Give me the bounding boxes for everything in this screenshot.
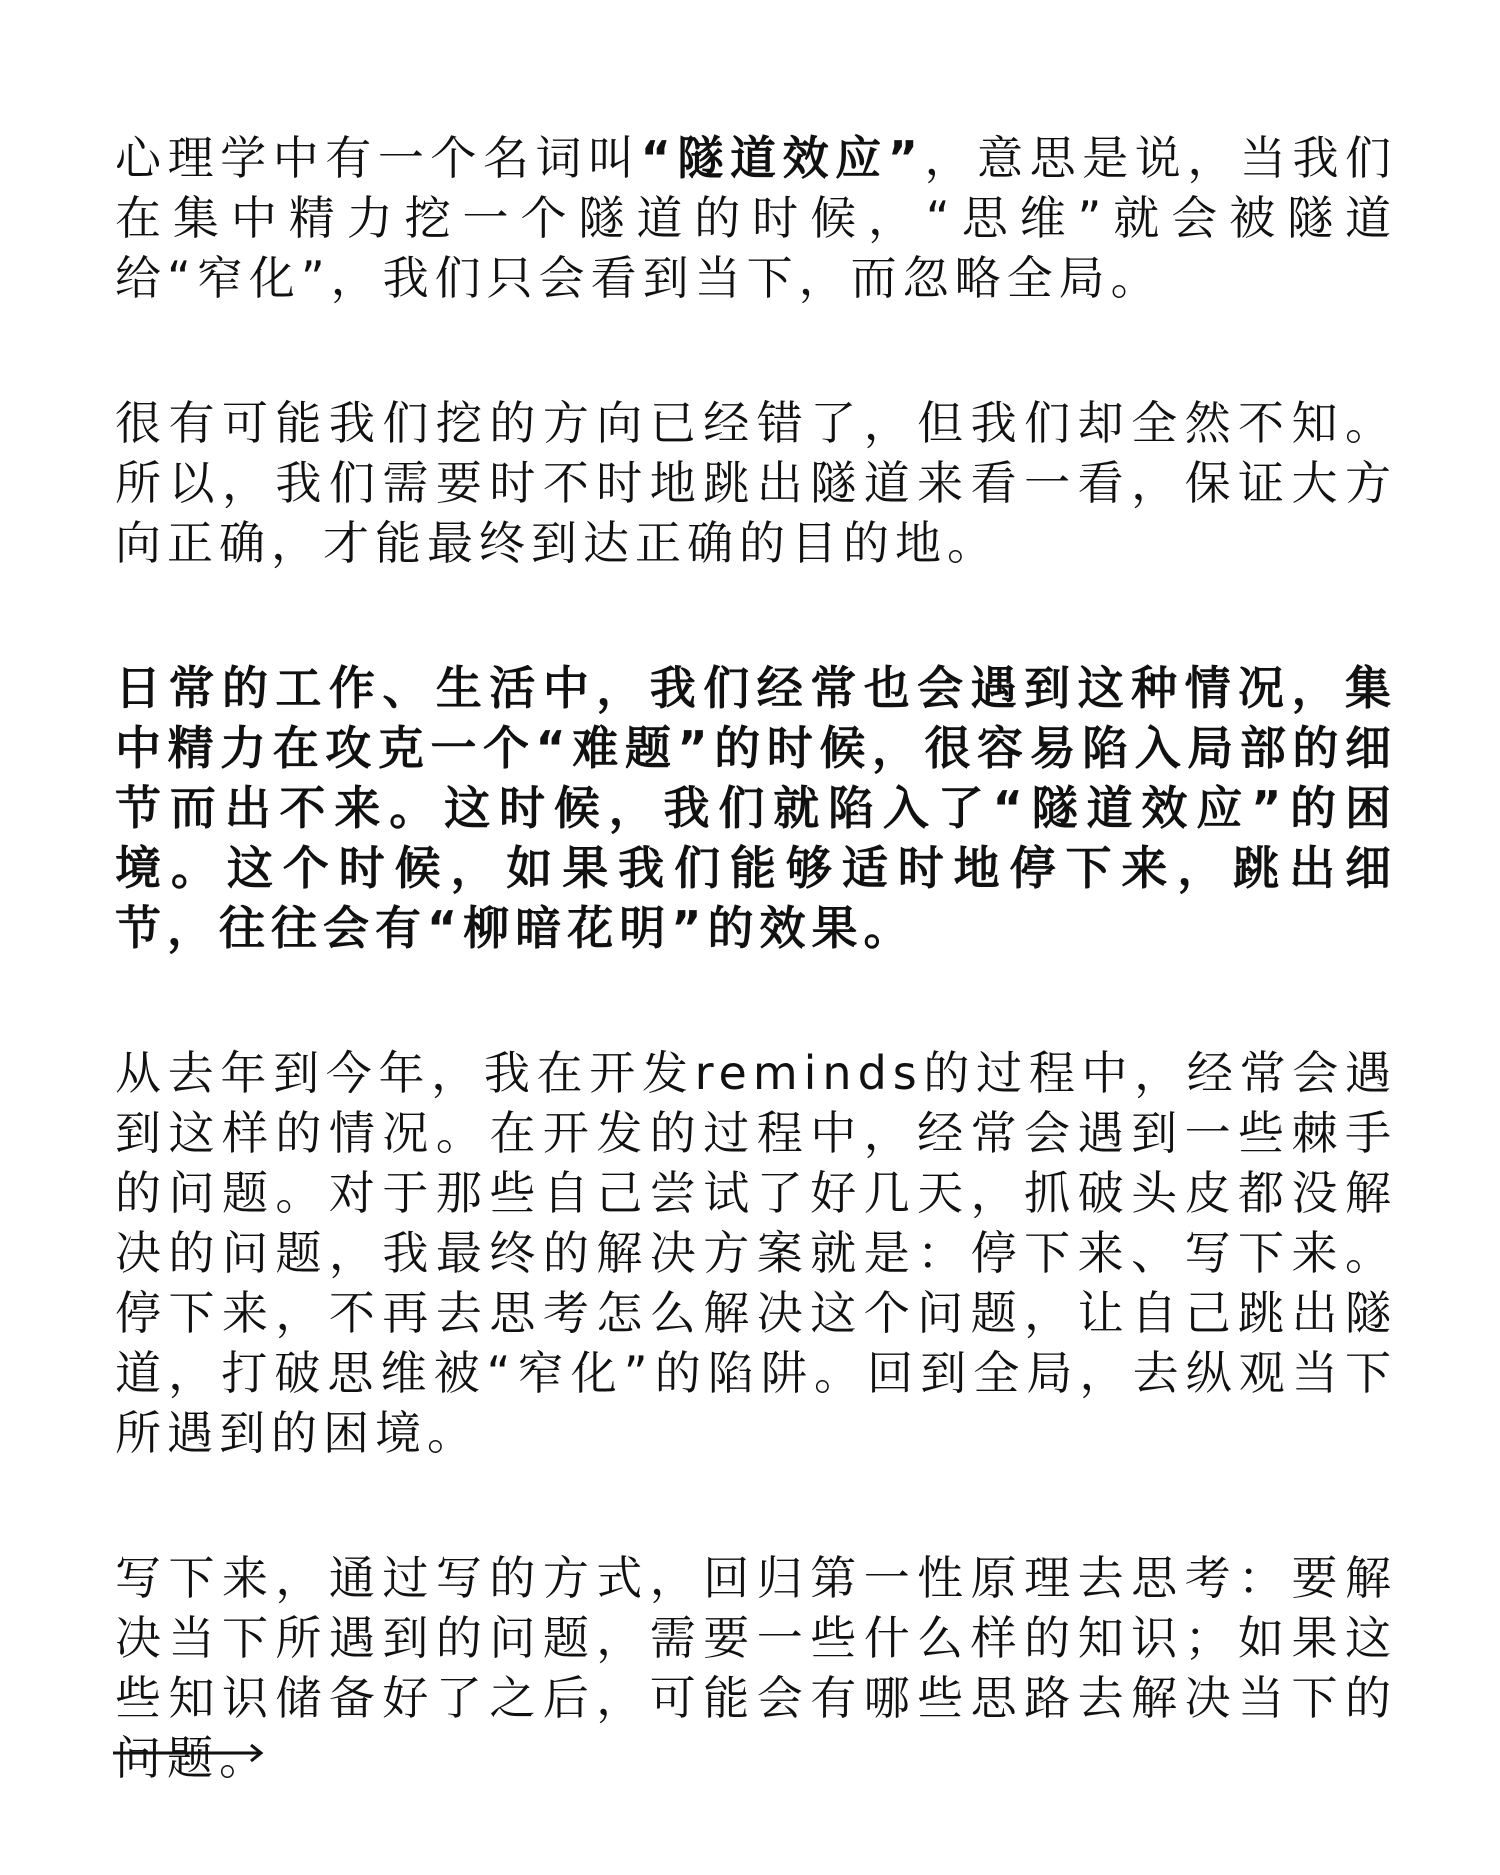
text-segment: 日常的工作、生活中，我们经常也会遇到这种情况，集中精力在攻克一个“难题”的时候，… — [115, 661, 1397, 955]
paragraph-wrong-direction: 很有可能我们挖的方向已经错了，但我们却全然不知。所以，我们需要时不时地跳出隧道来… — [115, 393, 1397, 573]
text-segment: 从去年到今年，我在开发reminds的过程中，经常会遇到这样的情况。在开发的过程… — [115, 1046, 1397, 1460]
text-segment: 很有可能我们挖的方向已经错了，但我们却全然不知。所以，我们需要时不时地跳出隧道来… — [115, 396, 1397, 570]
text-segment: 心理学中有一个名词叫 — [115, 131, 641, 185]
arrow-right-icon[interactable] — [113, 1742, 265, 1764]
paragraph-tunnel-effect-definition: 心理学中有一个名词叫“隧道效应”，意思是说，当我们在集中精力挖一个隧道的时候，“… — [115, 128, 1397, 308]
article-body: 心理学中有一个名词叫“隧道效应”，意思是说，当我们在集中精力挖一个隧道的时候，“… — [115, 128, 1397, 1788]
paragraph-write-it-down: 写下来，通过写的方式，回归第一性原理去思考：要解决当下所遇到的问题，需要一些什么… — [115, 1548, 1397, 1788]
text-segment: 写下来，通过写的方式，回归第一性原理去思考：要解决当下所遇到的问题，需要一些什么… — [115, 1551, 1397, 1785]
paragraph-reminds-development: 从去年到今年，我在开发reminds的过程中，经常会遇到这样的情况。在开发的过程… — [115, 1043, 1397, 1463]
highlight-term-tunnel-effect: “隧道效应” — [641, 131, 924, 185]
paragraph-daily-life-emphasis: 日常的工作、生活中，我们经常也会遇到这种情况，集中精力在攻克一个“难题”的时候，… — [115, 658, 1397, 958]
